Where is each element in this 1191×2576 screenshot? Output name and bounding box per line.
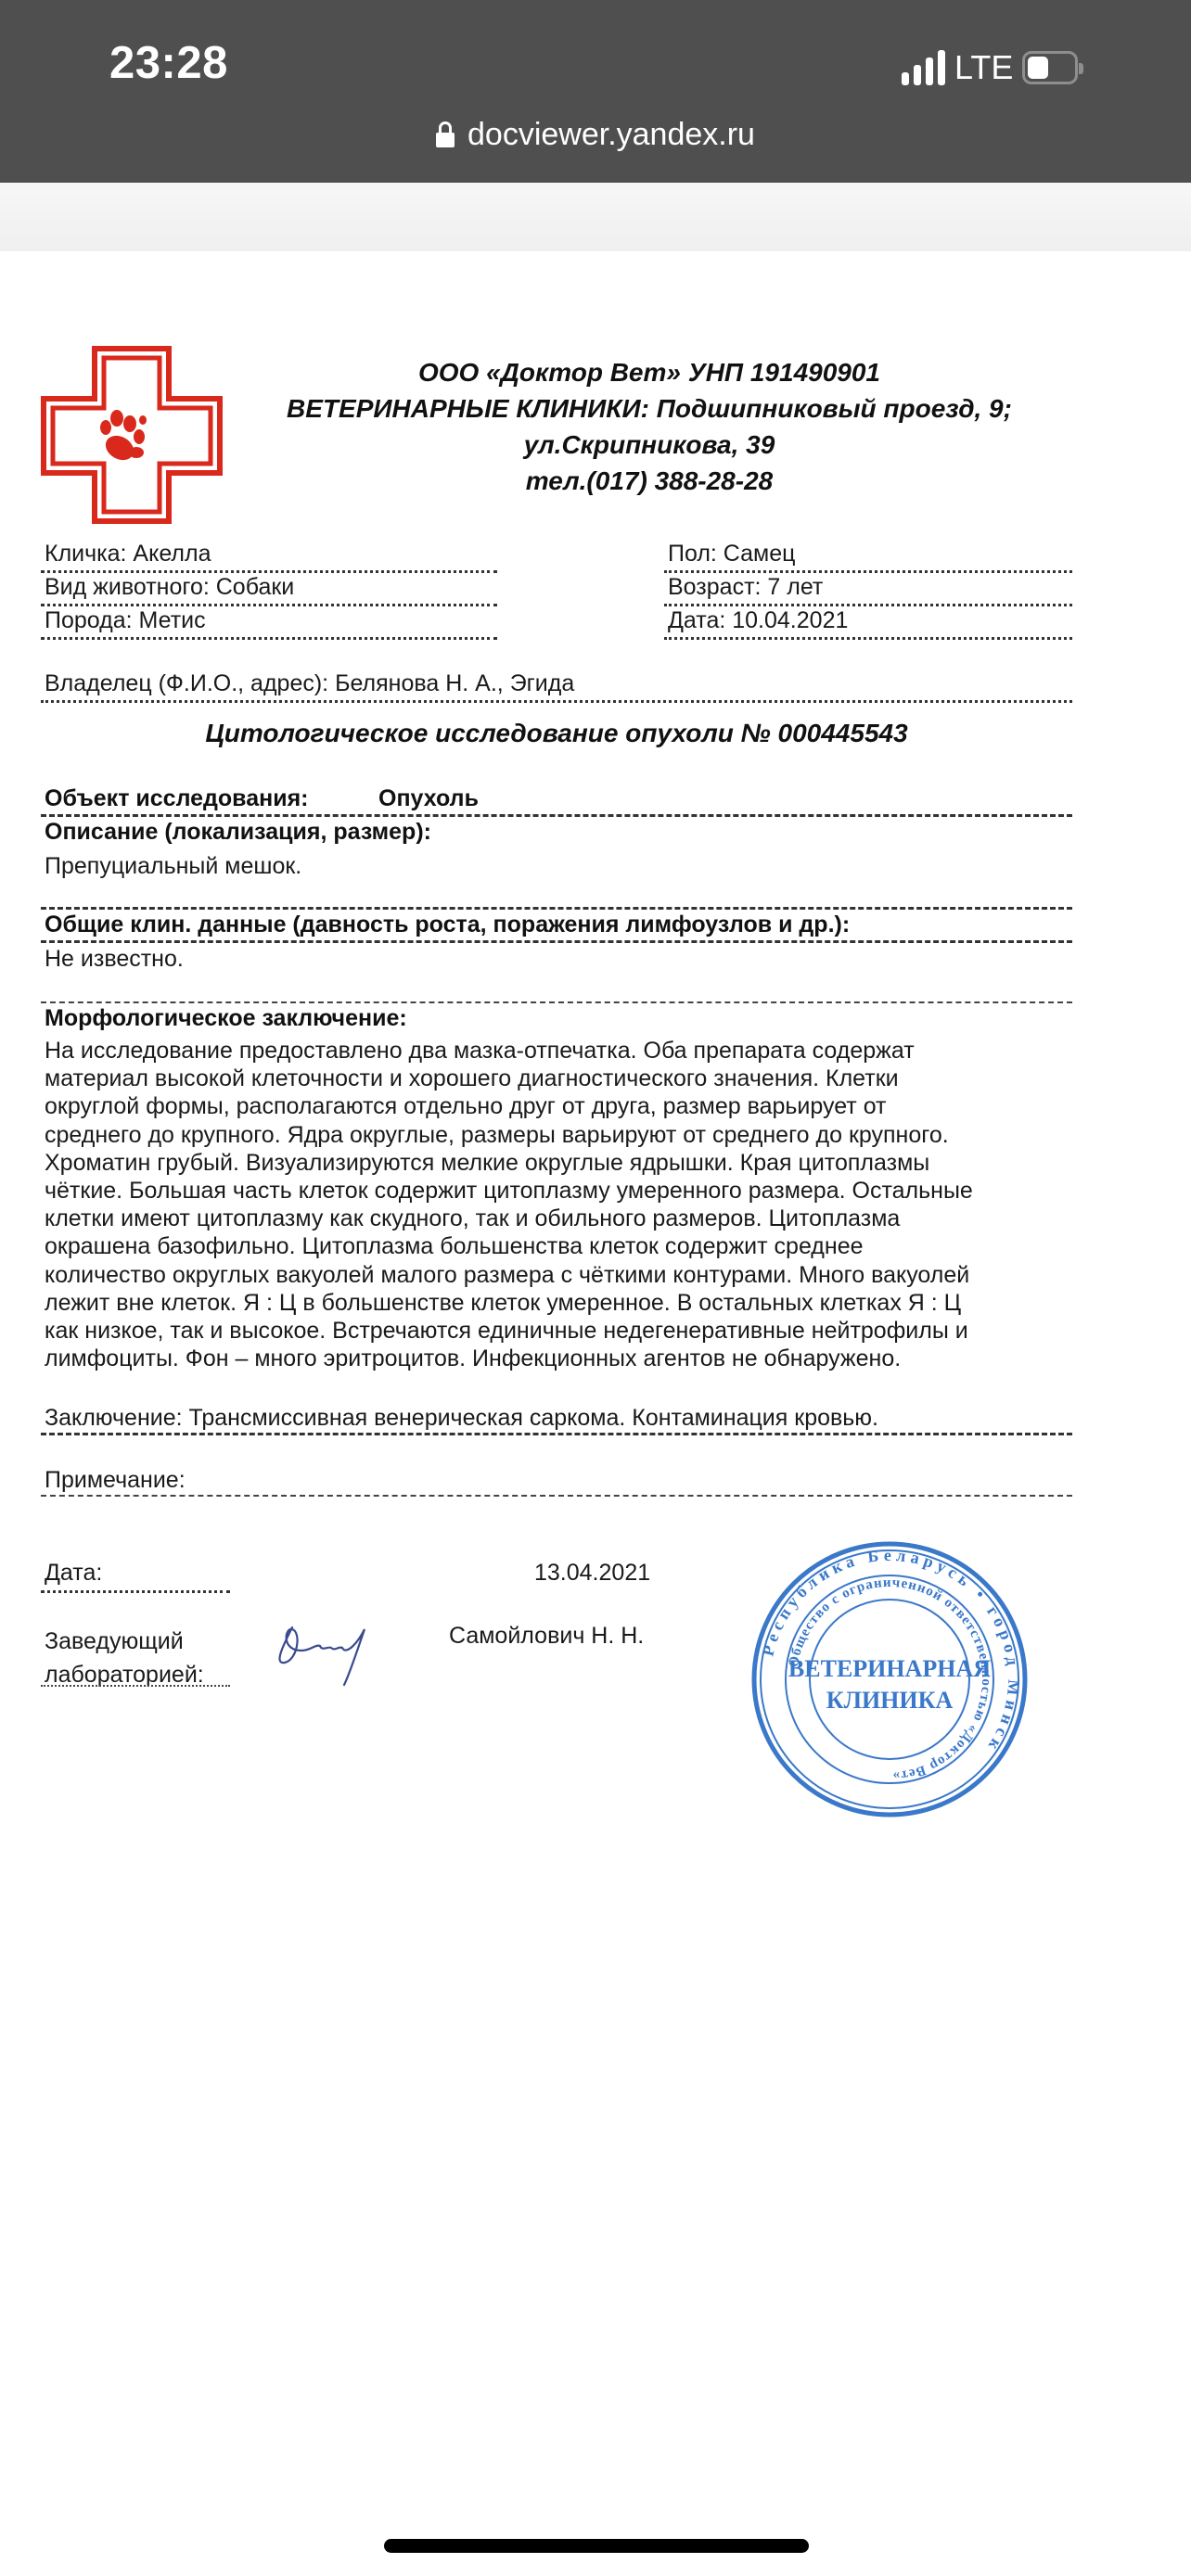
conclusion: Заключение: Трансмиссивная венерическая … — [45, 1405, 878, 1432]
divider — [41, 907, 1072, 910]
divider — [41, 1001, 1072, 1003]
morph-line: как низкое, так и высокое. Встречаются е… — [45, 1317, 1083, 1345]
head-name: Самойлович Н. Н. — [449, 1623, 644, 1650]
svg-text:КЛИНИКА: КЛИНИКА — [826, 1687, 954, 1714]
field-age: Возраст: 7 лет — [664, 573, 1072, 606]
status-time: 23:28 — [109, 37, 228, 89]
morph-text: На исследование предоставлено два мазка-… — [45, 1037, 1083, 1372]
morph-line: лежит вне клеток. Я : Ц в большенстве кл… — [45, 1289, 1083, 1317]
clinic-header: ООО «Доктор Вет» УНП 191490901 ВЕТЕРИНАР… — [232, 354, 1067, 499]
morph-label: Морфологическое заключение: — [45, 1005, 407, 1032]
morph-line: Хроматин грубый. Визуализируются мелкие … — [45, 1149, 1083, 1177]
network-type: LTE — [954, 48, 1013, 87]
morph-line: среднего до крупного. Ядра округлые, раз… — [45, 1121, 1083, 1149]
morph-line: клетки имеют цитоплазму как скудного, та… — [45, 1205, 1083, 1232]
sign-date-underline — [41, 1560, 230, 1593]
morph-line: чёткие. Большая часть клеток содержит ци… — [45, 1177, 1083, 1205]
clinic-stamp: Республика Беларусь • город Минск Общест… — [748, 1537, 1031, 1821]
description-value: Препуциальный мешок. — [45, 853, 301, 880]
status-and-url-bar: 23:28 LTE docviewer.yandex.ru — [0, 0, 1191, 183]
clinic-address-1: ВЕТЕРИНАРНЫЕ КЛИНИКИ: Подшипниковый прое… — [232, 390, 1067, 427]
field-owner: Владелец (Ф.И.О., адрес): Белянова Н. А.… — [41, 670, 1072, 703]
morph-line: окрашена базофильно. Цитоплазма большенс… — [45, 1232, 1083, 1260]
status-indicators: LTE — [902, 48, 1078, 87]
clinical-value: Не известно. — [45, 946, 184, 973]
lock-icon — [436, 123, 455, 147]
morph-line: количество округлых вакуолей малого разм… — [45, 1261, 1083, 1289]
divider — [41, 1495, 1072, 1497]
clinic-name: ООО «Доктор Вет» УНП 191490901 — [232, 354, 1067, 390]
home-indicator[interactable] — [384, 2539, 809, 2553]
document-title: Цитологическое исследование опухоли № 00… — [0, 719, 1113, 748]
divider — [41, 940, 1072, 943]
field-species: Вид животного: Собаки — [41, 573, 497, 606]
field-date: Дата: 10.04.2021 — [664, 606, 1072, 640]
object-label: Объект исследования: — [45, 785, 309, 812]
red-cross-paw-logo — [41, 346, 223, 524]
svg-text:ВЕТЕРИНАРНАЯ: ВЕТЕРИНАРНАЯ — [788, 1655, 991, 1682]
note-label: Примечание: — [45, 1467, 186, 1494]
morph-line: лимфоциты. Фон – много эритроцитов. Инфе… — [45, 1345, 1083, 1372]
divider — [41, 1433, 1072, 1435]
object-value: Опухоль — [378, 785, 479, 812]
viewer-toolbar — [0, 183, 1191, 251]
clinical-label: Общие клин. данные (давность роста, пора… — [45, 912, 850, 938]
divider — [41, 814, 1072, 817]
url-bar[interactable]: docviewer.yandex.ru — [0, 117, 1191, 153]
head-label: Заведующий лабораторией: — [45, 1625, 204, 1691]
clinic-address-2: ул.Скрипникова, 39 — [232, 427, 1067, 463]
url-text: docviewer.yandex.ru — [467, 117, 755, 152]
morph-line: материал высокой клеточности и хорошего … — [45, 1065, 1083, 1092]
morph-line: На исследование предоставлено два мазка-… — [45, 1037, 1083, 1065]
battery-icon — [1022, 51, 1078, 84]
field-breed: Порода: Метис — [41, 606, 497, 640]
head-underline — [41, 1685, 230, 1687]
description-label: Описание (локализация, размер): — [45, 819, 431, 846]
field-sex: Пол: Самец — [664, 540, 1072, 573]
morph-line: округлой формы, располагаются отдельно д… — [45, 1092, 1083, 1120]
clinic-phone: тел.(017) 388-28-28 — [232, 463, 1067, 499]
signal-icon — [902, 50, 945, 85]
field-pet-name: Кличка: Акелла — [41, 540, 497, 573]
sign-date-value: 13.04.2021 — [534, 1560, 650, 1587]
signature-image — [264, 1609, 394, 1692]
head-label-line1: Заведующий — [45, 1625, 204, 1658]
